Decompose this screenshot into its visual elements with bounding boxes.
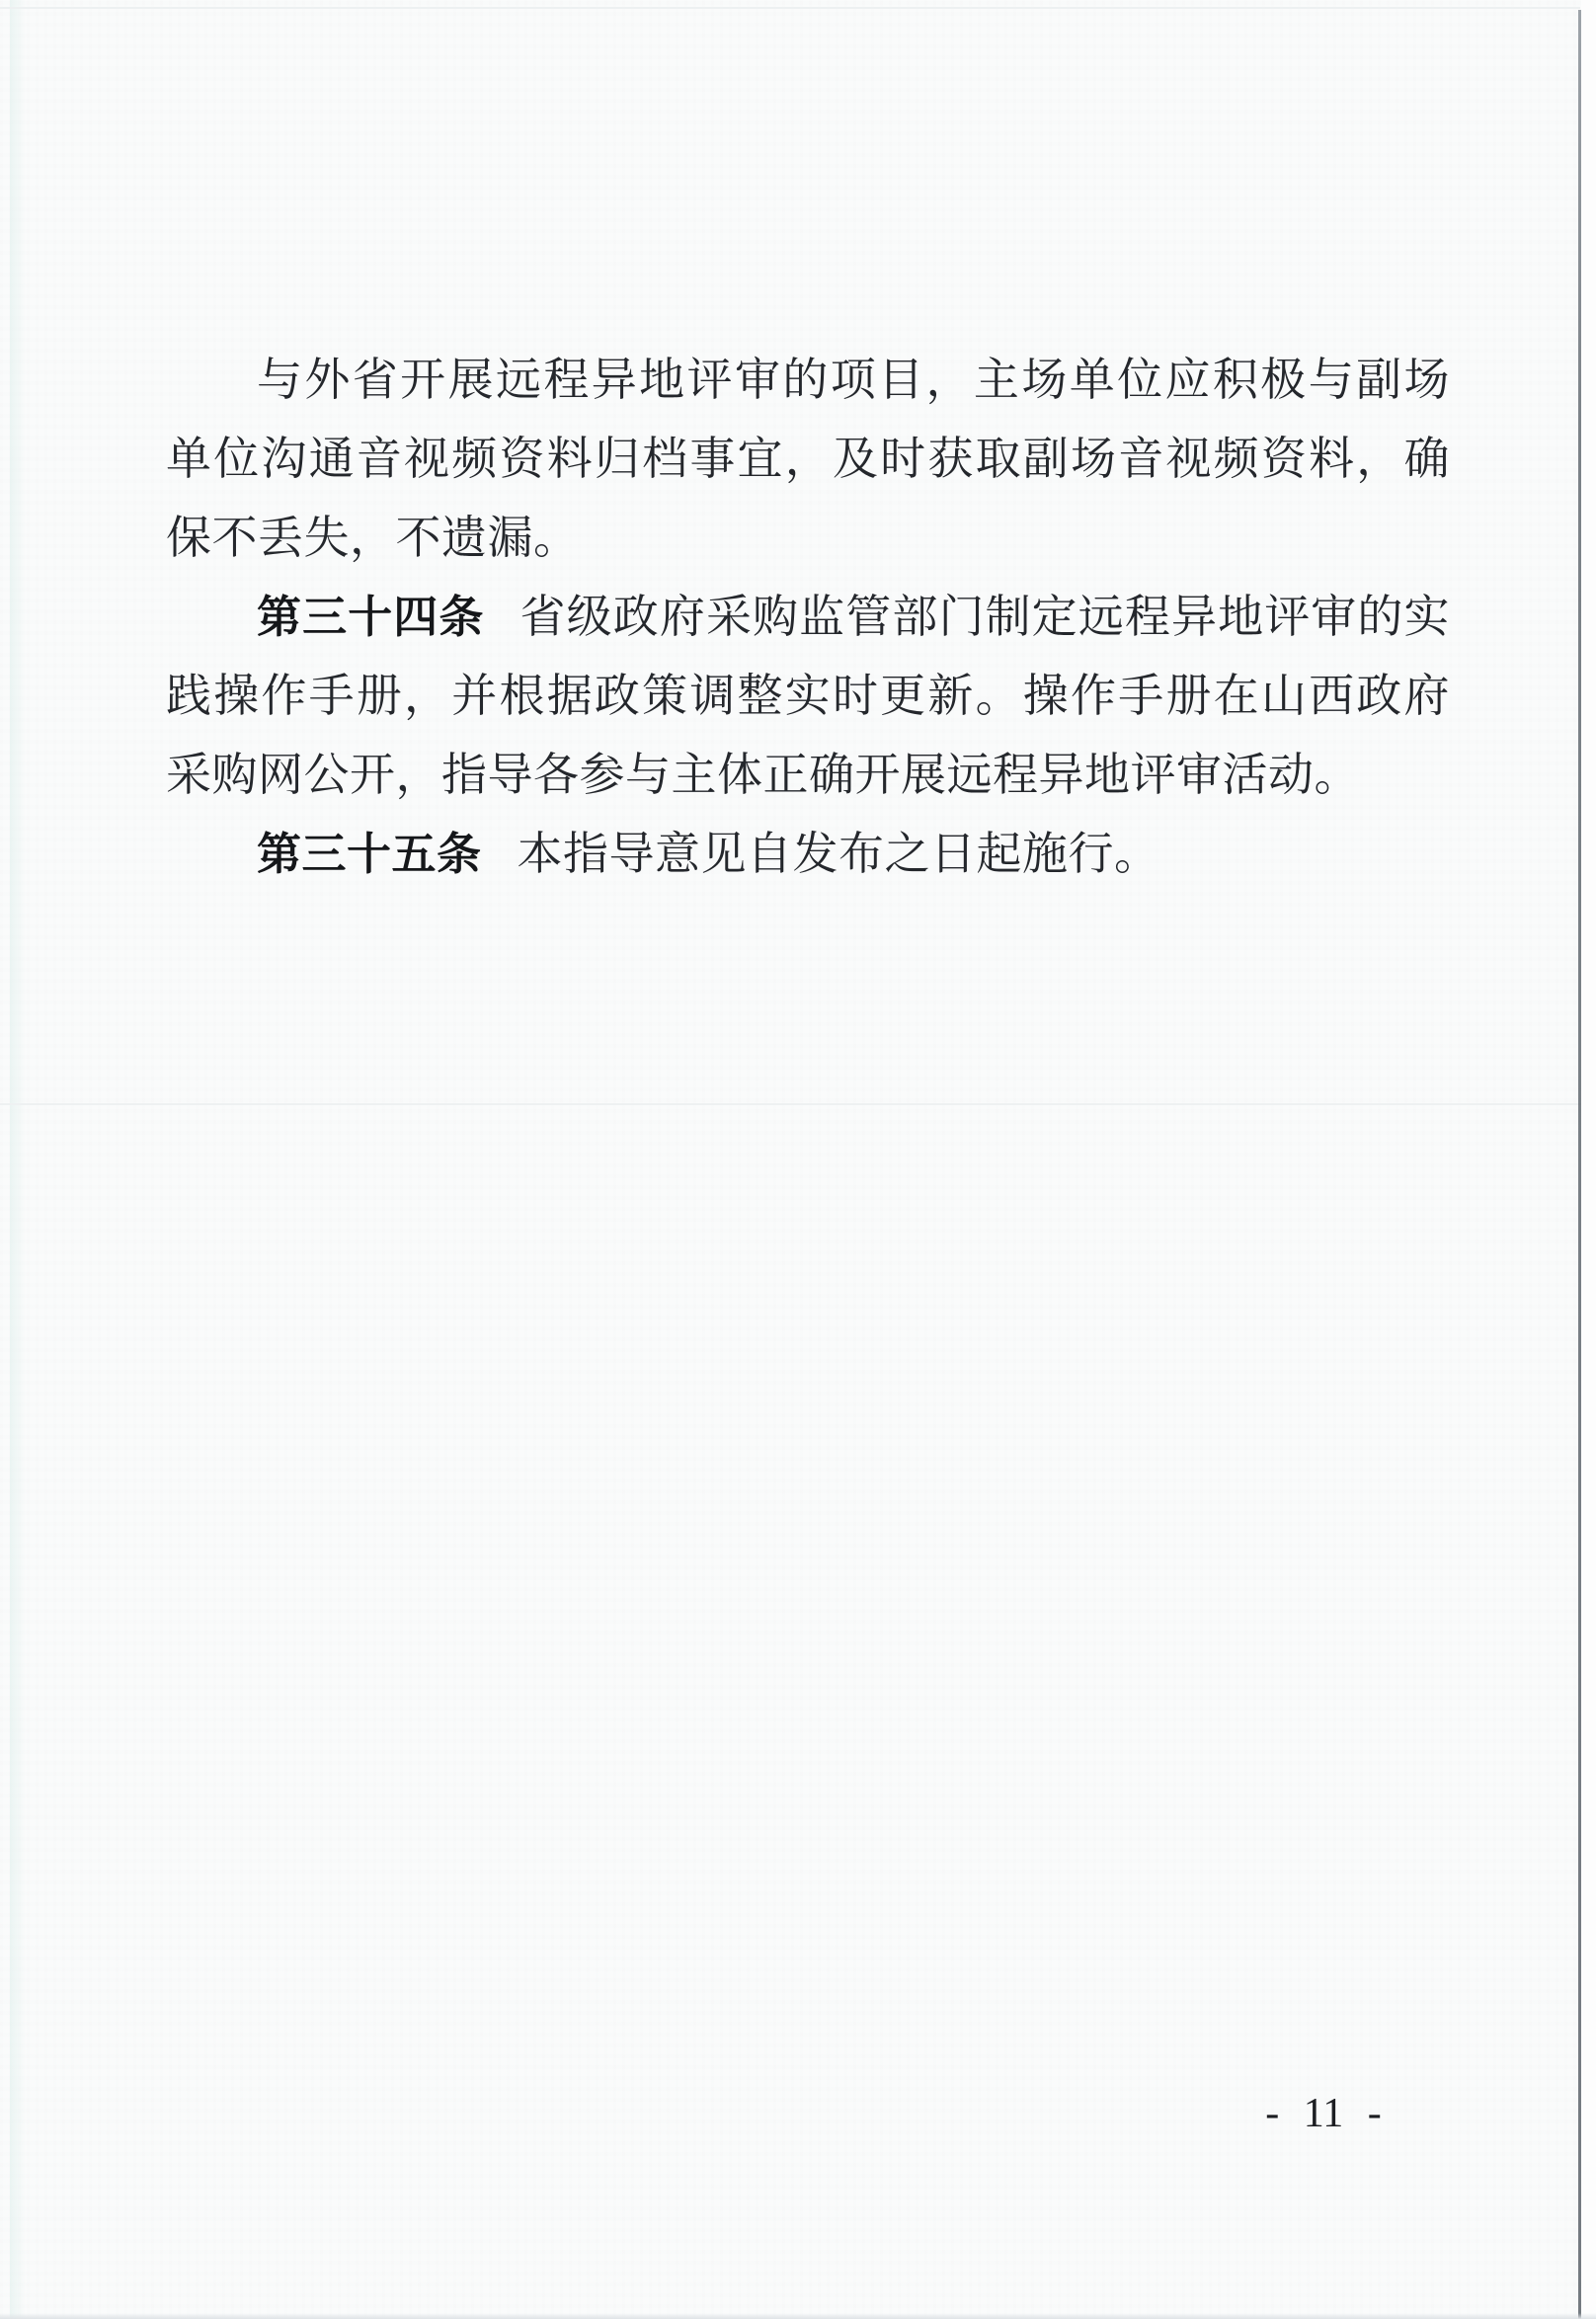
- paragraph-remote-review-archiving: 与外省开展远程异地评审的项目，主场单位应积极与副场单位沟通音视频资料归档事宜，及…: [166, 341, 1450, 578]
- paragraph-article-34: 第三十四条省级政府采购监管部门制定远程异地评审的实践操作手册，并根据政策调整实时…: [166, 578, 1450, 815]
- scan-edge-right: [1578, 10, 1581, 2319]
- scan-right-gutter: [1581, 0, 1596, 2319]
- article-35-heading: 第三十五条: [257, 828, 518, 880]
- scanned-document-page: { "page": { "number_label": "- 11 -", "p…: [0, 0, 1596, 2319]
- scan-streak-left: [10, 0, 26, 2319]
- paragraph-1-text: 与外省开展远程异地评审的项目，主场单位应积极与副场单位沟通音视频资料归档事宜，及…: [166, 355, 1450, 563]
- page-number: - 11 -: [1215, 2090, 1432, 2137]
- paragraph-3-text: 本指导意见自发布之日起施行。: [518, 829, 1160, 879]
- scan-line-top: [0, 7, 1580, 9]
- scan-edge-bottom: [0, 2313, 1596, 2319]
- article-34-heading: 第三十四条: [257, 591, 520, 643]
- document-body-text: 与外省开展远程异地评审的项目，主场单位应积极与副场单位沟通音视频资料归档事宜，及…: [166, 341, 1450, 894]
- scan-fold-line: [0, 1103, 1596, 1105]
- paragraph-article-35: 第三十五条本指导意见自发布之日起施行。: [166, 815, 1450, 894]
